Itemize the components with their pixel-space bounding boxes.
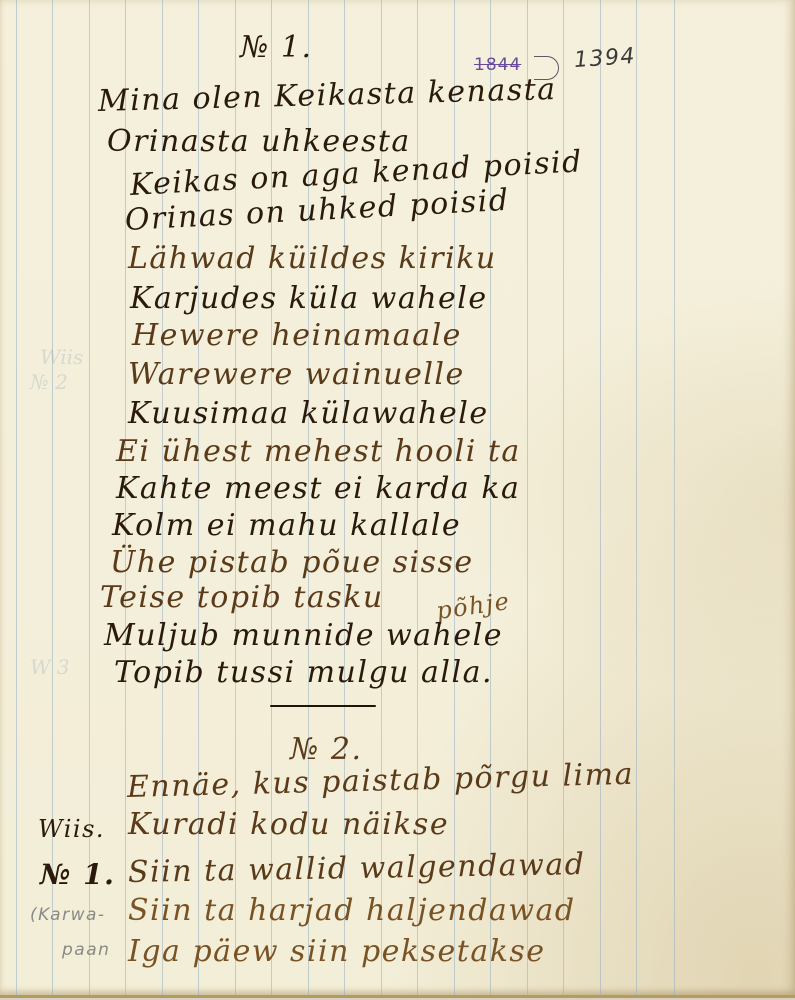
struck-number-stamp: 1844: [474, 55, 521, 75]
manuscript-page: Wiis № 2 W 3 1844 1394 № 1. Mina olen Ke…: [0, 0, 795, 998]
rule-line: [16, 0, 17, 995]
poem-1-line: Kolm ei mahu kallale: [112, 508, 461, 543]
poem-2-line: Ennäe, kus paistab põrgu lima: [127, 757, 635, 805]
pencil-note-line-2: paan: [62, 940, 110, 960]
poem-1-line: Hewere heinamaale: [132, 318, 462, 353]
bleed-through-text: № 2: [30, 370, 68, 394]
tune-label: Wiis.: [38, 815, 105, 843]
bleed-through-text: Wiis: [40, 345, 83, 369]
poem-1-line: Muljub munnide wahele: [104, 618, 503, 653]
rule-line: [636, 0, 637, 995]
poem-1-line: Topib tussi mulgu alla.: [114, 655, 493, 690]
poem-1-line: Warewere wainuelle: [128, 357, 465, 392]
rule-line: [89, 0, 90, 995]
rule-line: [674, 0, 675, 995]
poem-2-line: Siin ta wallid walgendawad: [128, 847, 586, 890]
archive-number: 1394: [573, 44, 637, 73]
section-divider: [270, 705, 376, 707]
poem-1-line: Kahte meest ei karda ka: [116, 471, 520, 506]
poem-1-line: Teise topib tasku: [100, 580, 384, 615]
poem-1-line: Kuusimaa külawahele: [128, 396, 489, 431]
poem-2-heading: № 2.: [290, 732, 363, 767]
poem-1-line: Ühe pistab põue sisse: [110, 545, 474, 580]
bleed-through-text: W 3: [30, 655, 70, 679]
poem-2-line: Kuradi kodu näikse: [128, 807, 449, 842]
rule-line: [600, 0, 601, 995]
tune-number: № 1.: [40, 858, 115, 891]
poem-1-line: Lähwad küildes kiriku: [128, 241, 497, 276]
rule-line: [52, 0, 53, 995]
poem-1-heading: № 1.: [240, 30, 313, 65]
poem-2-line: Siin ta harjad haljendawad: [128, 893, 576, 928]
poem-1-line: Karjudes küla wahele: [130, 281, 488, 316]
poem-1-line: Orinasta uhkeesta: [107, 124, 411, 159]
poem-1-line: Mina olen Keikasta kenasta: [98, 72, 557, 119]
poem-1-line: Ei ühest mehest hooli ta: [116, 434, 521, 469]
old-number: 1844: [474, 55, 521, 75]
poem-2-line: Iga päew siin peksetakse: [128, 934, 546, 969]
pencil-note-line-1: (Karwa-: [30, 905, 106, 925]
